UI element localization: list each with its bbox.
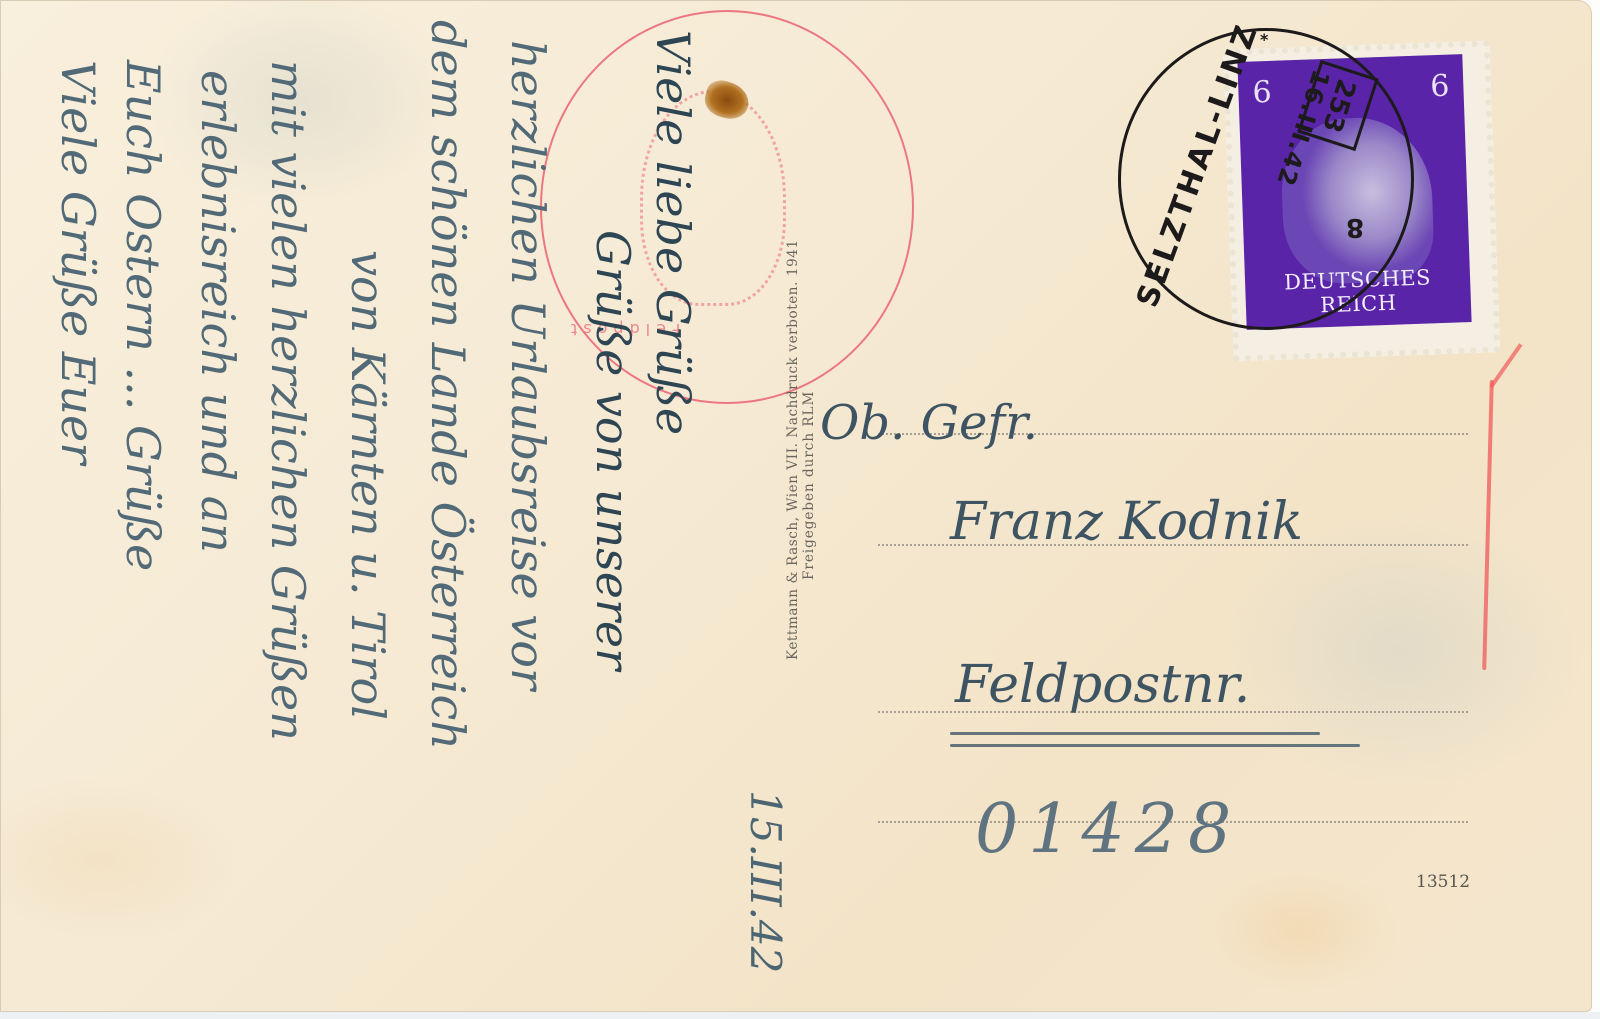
- message-line: mit vielen herzlichen Grüßen: [261, 60, 315, 741]
- postmark-sub-number: 8: [1346, 212, 1364, 242]
- message-line: Viele Grüße Euer: [51, 60, 105, 464]
- address-rank: Ob. Gefr.: [820, 395, 1038, 451]
- postmark-star-icon: *: [1260, 30, 1268, 49]
- publisher-line-2: Freigegeben durch RLM: [801, 239, 817, 660]
- stamp-value-right: 6: [1430, 69, 1450, 105]
- message-line: Grüße von unserer: [586, 230, 640, 670]
- message-line: Viele liebe Grüße: [646, 30, 700, 435]
- scan-edge-bottom: [0, 1012, 1600, 1019]
- publisher-line-1: Kettmann & Rasch, Wien VII. Nachdruck ve…: [785, 239, 801, 660]
- serial-number: 13512: [1416, 872, 1470, 892]
- underline-1: [950, 732, 1320, 735]
- message-line: dem schönen Lande Österreich: [421, 20, 475, 750]
- address-name: Franz Kodnik: [950, 492, 1303, 552]
- message-line: von Kärnten u. Tirol: [341, 250, 395, 720]
- address-feldpost-number: 01428: [975, 790, 1241, 869]
- address-feldpost: Feldpostnr.: [955, 655, 1250, 715]
- scan-edge-right: [1592, 0, 1600, 1019]
- message-line: erlebnisreich und an: [191, 70, 245, 553]
- message-date: 15.III.42: [741, 790, 790, 973]
- underline-2: [950, 744, 1360, 747]
- message-line: Euch Ostern ... Grüße: [116, 60, 170, 571]
- publisher-imprint: Kettmann & Rasch, Wien VII. Nachdruck ve…: [785, 239, 817, 660]
- message-line: herzlichen Urlaubsreise vor: [501, 40, 555, 690]
